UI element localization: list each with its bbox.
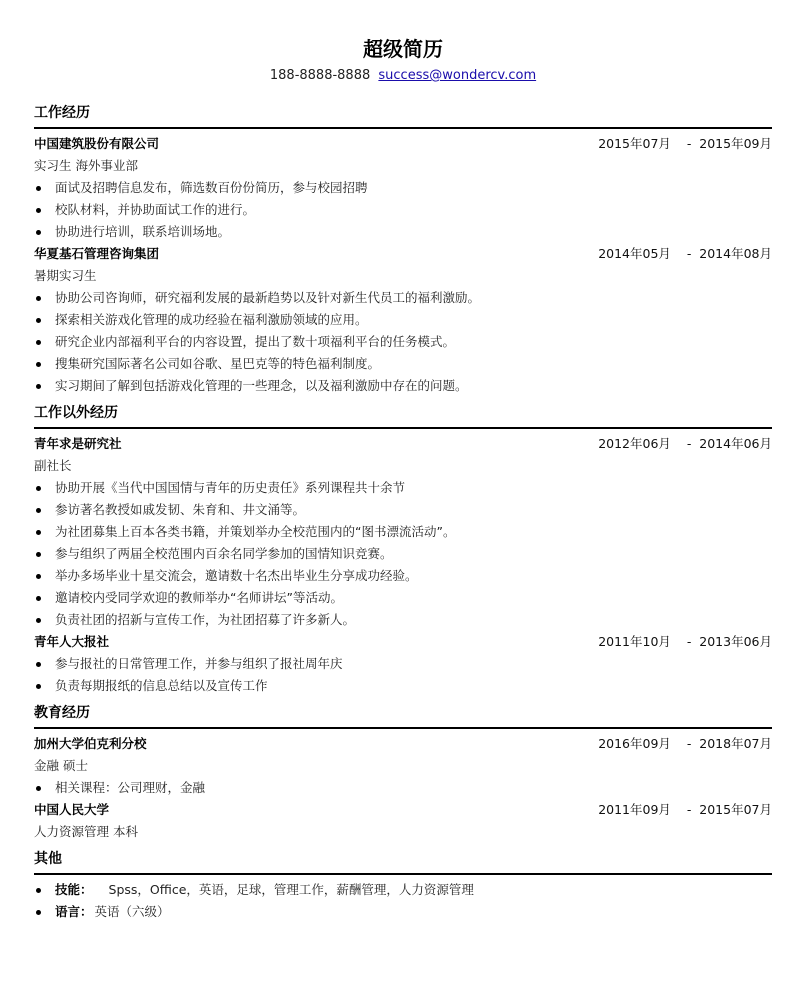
entry-org: 中国建筑股份有限公司 <box>34 133 159 155</box>
education-entry: 中国人民大学 2011年09月 - 2015年07月 人力资源管理 本科 <box>34 799 772 843</box>
bullet-item: 相关课程：公司理财，金融 <box>34 777 772 799</box>
bullet-item: 校队材料，并协助面试工作的进行。 <box>34 199 772 221</box>
contact-line: 188-8888-8888 success@wondercv.com <box>34 66 772 86</box>
section-other: 其他 技能：Spss，Office，英语，足球，管理工作，薪酬管理，人力资源管理… <box>34 848 772 923</box>
entry-school: 加州大学伯克利分校 <box>34 733 147 755</box>
bullet-item: 面试及招聘信息发布，筛选数百份份简历，参与校园招聘 <box>34 177 772 199</box>
bullet-item: 协助开展《当代中国国情与青年的历史责任》系列课程共十余节 <box>34 477 772 499</box>
entry-dates: 2011年09月 - 2015年07月 <box>598 799 772 821</box>
section-title-other: 其他 <box>34 848 772 870</box>
bullet-icon <box>36 596 41 601</box>
bullet-item: 举办多场毕业十星交流会，邀请数十名杰出毕业生分享成功经验。 <box>34 565 772 587</box>
entry-org: 青年求是研究社 <box>34 433 122 455</box>
extra-entry: 青年人大报社 2011年10月 - 2013年06月 参与报社的日常管理工作，并… <box>34 631 772 697</box>
skills-item: 技能：Spss，Office，英语，足球，管理工作，薪酬管理，人力资源管理 <box>34 879 772 901</box>
section-title-education: 教育经历 <box>34 702 772 724</box>
bullet-icon <box>36 618 41 623</box>
bullet-icon <box>36 340 41 345</box>
bullet-icon <box>36 786 41 791</box>
entry-role: 实习生 海外事业部 <box>34 155 772 177</box>
section-title-extra: 工作以外经历 <box>34 402 772 424</box>
bullet-icon <box>36 508 41 513</box>
section-divider <box>34 427 772 429</box>
bullet-item: 负责每期报纸的信息总结以及宣传工作 <box>34 675 772 697</box>
bullet-item: 协助公司咨询师，研究福利发展的最新趋势以及针对新生代员工的福利激励。 <box>34 287 772 309</box>
bullet-icon <box>36 362 41 367</box>
bullet-item: 参与组织了两届全校范围内百余名同学参加的国情知识竞赛。 <box>34 543 772 565</box>
language-item: 语言：英语（六级） <box>34 901 772 923</box>
section-title-work: 工作经历 <box>34 102 772 124</box>
entry-degree: 人力资源管理 本科 <box>34 821 772 843</box>
entry-org: 华夏基石管理咨询集团 <box>34 243 159 265</box>
entry-school: 中国人民大学 <box>34 799 109 821</box>
bullet-item: 研究企业内部福利平台的内容设置，提出了数十项福利平台的任务模式。 <box>34 331 772 353</box>
bullet-item: 邀请校内受同学欢迎的教师举办“名师讲坛”等活动。 <box>34 587 772 609</box>
work-entry: 中国建筑股份有限公司 2015年07月 - 2015年09月 实习生 海外事业部… <box>34 133 772 243</box>
work-entry: 华夏基石管理咨询集团 2014年05月 - 2014年08月 暑期实习生 协助公… <box>34 243 772 397</box>
section-divider <box>34 727 772 729</box>
bullet-item: 参访著名教授如戚发韧、朱育和、井文涌等。 <box>34 499 772 521</box>
bullet-icon <box>36 684 41 689</box>
bullet-icon <box>36 186 41 191</box>
bullet-item: 负责社团的招新与宣传工作，为社团招募了许多新人。 <box>34 609 772 631</box>
bullet-item: 实习期间了解到包括游戏化管理的一些理念，以及福利激励中存在的问题。 <box>34 375 772 397</box>
bullet-item: 为社团募集上百本各类书籍，并策划举办全校范围内的“图书漂流活动”。 <box>34 521 772 543</box>
entry-degree: 金融 硕士 <box>34 755 772 777</box>
bullet-icon <box>36 208 41 213</box>
bullet-item: 搜集研究国际著名公司如谷歌、星巴克等的特色福利制度。 <box>34 353 772 375</box>
bullet-icon <box>36 888 41 893</box>
skills-label: 技能： <box>55 882 93 897</box>
bullet-icon <box>36 486 41 491</box>
section-work: 工作经历 中国建筑股份有限公司 2015年07月 - 2015年09月 实习生 … <box>34 102 772 397</box>
entry-dates: 2011年10月 - 2013年06月 <box>598 631 772 653</box>
entry-dates: 2012年06月 - 2014年06月 <box>598 433 772 455</box>
entry-role: 暑期实习生 <box>34 265 772 287</box>
language-value: 英语（六级） <box>95 904 170 919</box>
bullet-icon <box>36 318 41 323</box>
entry-dates: 2015年07月 - 2015年09月 <box>598 133 772 155</box>
section-education: 教育经历 加州大学伯克利分校 2016年09月 - 2018年07月 金融 硕士… <box>34 702 772 843</box>
resume-name: 超级简历 <box>34 36 772 62</box>
education-entry: 加州大学伯克利分校 2016年09月 - 2018年07月 金融 硕士 相关课程… <box>34 733 772 799</box>
skills-value: Spss，Office，英语，足球，管理工作，薪酬管理，人力资源管理 <box>109 882 474 897</box>
section-divider <box>34 873 772 875</box>
bullet-icon <box>36 910 41 915</box>
bullet-item: 参与报社的日常管理工作，并参与组织了报社周年庆 <box>34 653 772 675</box>
bullet-icon <box>36 552 41 557</box>
bullet-item: 协助进行培训，联系培训场地。 <box>34 221 772 243</box>
email-link[interactable]: success@wondercv.com <box>378 68 536 83</box>
bullet-icon <box>36 662 41 667</box>
bullet-icon <box>36 384 41 389</box>
extra-entry: 青年求是研究社 2012年06月 - 2014年06月 副社长 协助开展《当代中… <box>34 433 772 631</box>
entry-dates: 2014年05月 - 2014年08月 <box>598 243 772 265</box>
bullet-icon <box>36 296 41 301</box>
language-label: 语言： <box>55 904 93 919</box>
entry-role: 副社长 <box>34 455 772 477</box>
bullet-item: 探索相关游戏化管理的成功经验在福利激励领域的应用。 <box>34 309 772 331</box>
phone-number: 188-8888-8888 <box>270 68 370 83</box>
bullet-icon <box>36 230 41 235</box>
entry-dates: 2016年09月 - 2018年07月 <box>598 733 772 755</box>
entry-org: 青年人大报社 <box>34 631 109 653</box>
resume-page: 超级简历 188-8888-8888 success@wondercv.com … <box>34 0 772 923</box>
section-extra: 工作以外经历 青年求是研究社 2012年06月 - 2014年06月 副社长 协… <box>34 402 772 697</box>
bullet-icon <box>36 574 41 579</box>
bullet-icon <box>36 530 41 535</box>
section-divider <box>34 127 772 129</box>
